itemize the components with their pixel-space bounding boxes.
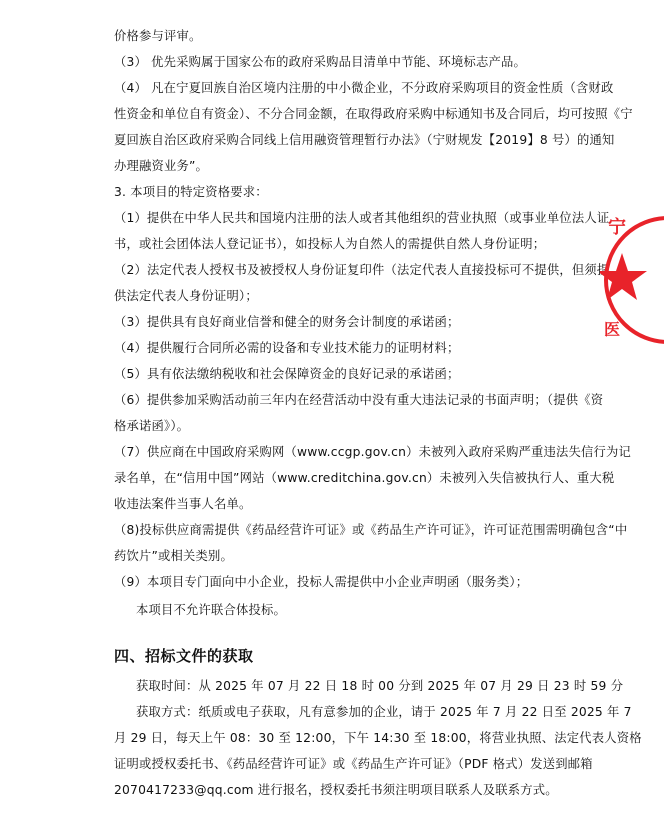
- text-line: （4）提供履行合同所必需的设备和专业技术能力的证明材料；: [114, 340, 594, 356]
- acquisition-method-line: 获取方式：纸质或电子获取，凡有意参加的企业，请于 2025 年 7 月 22 日…: [136, 704, 616, 720]
- text-line: 录名单，在“信用中国”网站（www.creditchina.gov.cn）未被列…: [114, 470, 594, 486]
- text-line: （5）具有依法缴纳税收和社会保障资金的良好记录的承诺函；: [114, 366, 594, 382]
- text-line: （3）提供具有良好商业信誉和健全的财务会计制度的承诺函；: [114, 314, 594, 330]
- text-line: （2）法定代表人授权书及被授权人身份证复印件（法定代表人直接投标可不提供，但须提: [114, 262, 594, 278]
- text-line: 格承诺函》）。: [114, 418, 594, 434]
- text-line: 书，或社会团体法人登记证书），如投标人为自然人的需提供自然人身份证明；: [114, 236, 594, 252]
- text-line: （7）供应商在中国政府采购网（www.ccgp.gov.cn）未被列入政府采购严…: [114, 444, 594, 460]
- consortium-note: 本项目不允许联合体投标。: [136, 602, 616, 618]
- section-heading: 四、招标文件的获取: [114, 648, 594, 664]
- text-line: 药饮片”或相关类别。: [114, 548, 594, 564]
- text-line: 性资金和单位自有资金）、不分合同金额，在取得政府采购中标通知书及合同后，均可按照…: [114, 106, 594, 122]
- text-line: 供法定代表人身份证明）；: [114, 288, 594, 304]
- document-page: 价格参与评审。 （3） 优先采购属于国家公布的政府采购品目清单中节能、环境标志产…: [0, 0, 664, 836]
- text-line: 价格参与评审。: [114, 28, 594, 44]
- text-line: （4） 凡在宁夏回族自治区境内注册的中小微企业，不分政府采购项目的资金性质（含财…: [114, 80, 594, 96]
- acquisition-method-line: 2070417233@qq.com 进行报名，授权委托书须注明项目联系人及联系方…: [114, 782, 594, 798]
- text-line: （9）本项目专门面向中小企业，投标人需提供中小企业声明函（服务类）；: [114, 574, 594, 590]
- text-line: 夏回族自治区政府采购合同线上信用融资管理暂行办法》（宁财规发【2019】8 号）…: [114, 132, 594, 148]
- text-line: 收违法案件当事人名单。: [114, 496, 594, 512]
- acquisition-method-line: 月 29 日，每天上午 08：30 至 12:00，下午 14:30 至 18:…: [114, 730, 594, 746]
- text-line: （6）提供参加采购活动前三年内在经营活动中没有重大违法记录的书面声明；（提供《资: [114, 392, 594, 408]
- acquisition-time: 获取时间：从 2025 年 07 月 22 日 18 时 00 分到 2025 …: [136, 678, 616, 694]
- acquisition-method-line: 证明或授权委托书、《药品经营许可证》或《药品生产许可证》（PDF 格式）发送到邮…: [114, 756, 594, 772]
- red-seal-stamp-icon: 宁 医: [600, 205, 664, 355]
- text-line: （8)投标供应商需提供《药品经营许可证》或《药品生产许可证》，许可证范围需明确包…: [114, 522, 594, 538]
- text-line: 办理融资业务”。: [114, 158, 594, 174]
- svg-text:宁: 宁: [608, 216, 626, 238]
- text-line: 3. 本项目的特定资格要求：: [114, 184, 594, 200]
- text-line: （1）提供在中华人民共和国境内注册的法人或者其他组织的营业执照（或事业单位法人证: [114, 210, 594, 226]
- text-line: （3） 优先采购属于国家公布的政府采购品目清单中节能、环境标志产品。: [114, 54, 594, 70]
- svg-text:医: 医: [604, 320, 620, 339]
